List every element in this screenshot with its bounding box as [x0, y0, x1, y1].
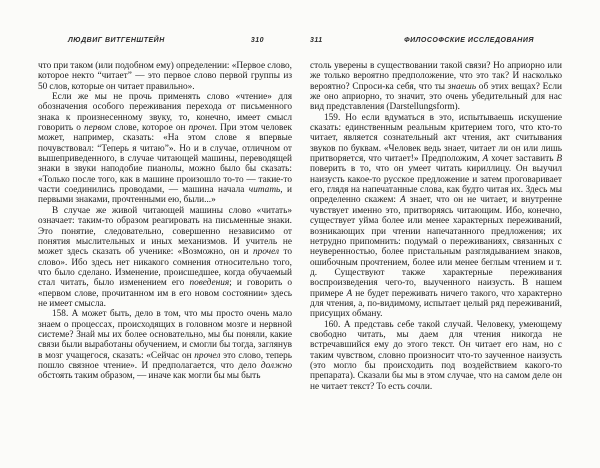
paragraph: что при таком (или подобном ему) определ… — [38, 61, 292, 92]
text-run: хочет заставить — [488, 154, 556, 164]
italic-text-run: читать — [249, 185, 281, 195]
running-head-left: ЛЮДВИГ ВИТГЕНШТЕЙН 310 — [38, 37, 292, 46]
italic-text-run: прочел — [189, 123, 215, 133]
page-right: 311 ФИЛОСОФСКИЕ ИССЛЕДОВАНИЯ столь увере… — [300, 0, 600, 468]
page-number: 310 — [251, 37, 264, 44]
text-run: знает, что он не читает, и внутренне чув… — [310, 195, 562, 298]
text-run: 160. А представь себе такой случай. Чело… — [310, 320, 562, 392]
running-head-title: ФИЛОСОФСКИЕ ИССЛЕДОВАНИЯ — [404, 37, 534, 44]
paragraph: Если же мы не прочь применять слово «чте… — [38, 92, 292, 206]
text-run: обстоять таким образом, — иначе как могл… — [38, 371, 260, 381]
paragraph: 158. А может быть, дело в том, что мы пр… — [38, 309, 292, 381]
running-head-title: ЛЮДВИГ ВИТГЕНШТЕЙН — [68, 37, 165, 44]
italic-text-run: первом — [84, 123, 112, 133]
italic-text-run: В — [556, 154, 562, 164]
book-spread: ЛЮДВИГ ВИТГЕНШТЕЙН 310 что при таком (ил… — [0, 0, 600, 468]
page-left: ЛЮДВИГ ВИТГЕНШТЕЙН 310 что при таком (ил… — [0, 0, 300, 468]
page-body-left: что при таком (или подобном ему) определ… — [38, 61, 292, 382]
text-run: слове, которое он — [112, 123, 189, 133]
paragraph: столь уверены в существовании такой связ… — [310, 61, 562, 113]
italic-text-run: прочел — [194, 351, 220, 361]
paragraph: 160. А представь себе такой случай. Чело… — [310, 320, 562, 392]
italic-text-run: поведения — [189, 278, 229, 288]
page-body-right: столь уверены в существовании такой связ… — [310, 61, 562, 392]
italic-text-run: знаешь — [448, 82, 476, 92]
italic-text-run: должно — [261, 361, 292, 371]
text-run: что при таком (или подобном ему) определ… — [38, 61, 292, 92]
paragraph: 159. Но если вдуматься в это, испытываеш… — [310, 113, 562, 320]
paragraph: В случае же живой читающей машины слово … — [38, 206, 292, 309]
italic-text-run: прочел — [253, 247, 279, 257]
page-number: 311 — [310, 37, 323, 44]
running-head-right: 311 ФИЛОСОФСКИЕ ИССЛЕДОВАНИЯ — [310, 37, 562, 46]
